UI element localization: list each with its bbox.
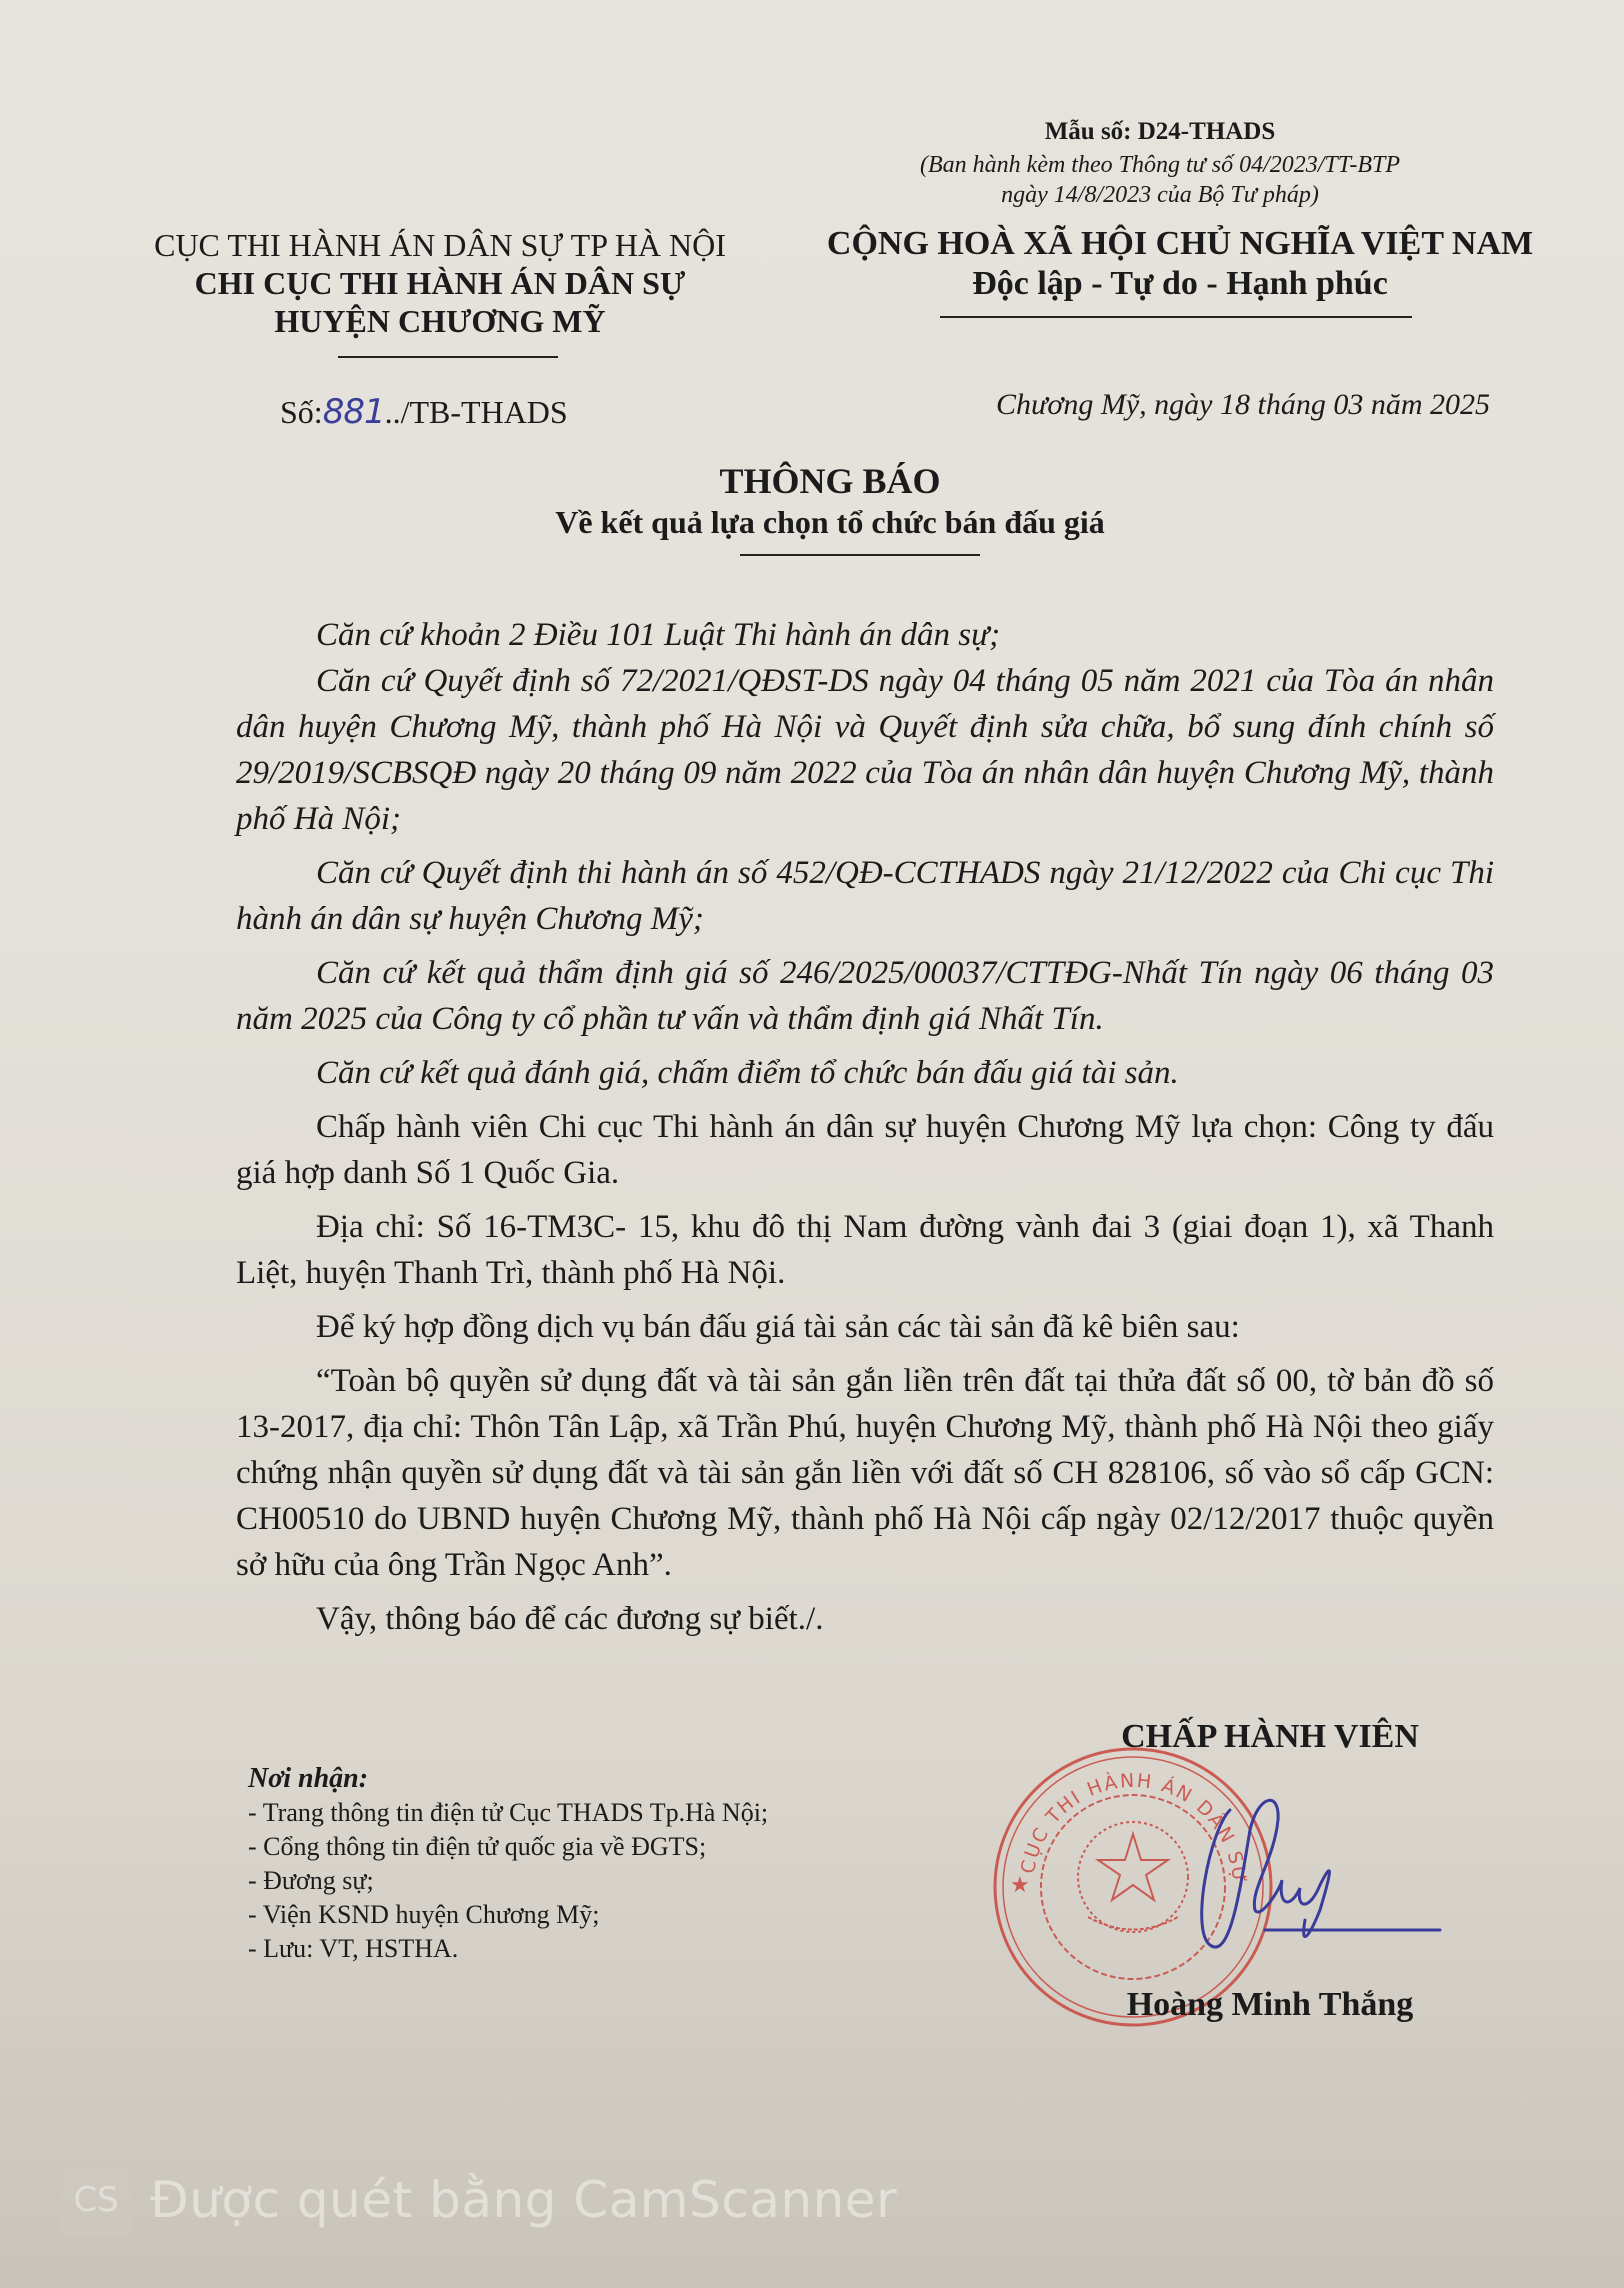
form-code: Mẫu số: D24-THADS [880,118,1440,146]
recipient-item: - Viện KSND huyện Chương Mỹ; [248,1898,948,1932]
body-paragraph: Chấp hành viên Chi cục Thi hành án dân s… [236,1104,1494,1196]
recipient-item: - Trang thông tin điện tử Cục THADS Tp.H… [248,1796,948,1830]
recipients-block: Nơi nhận: - Trang thông tin điện tử Cục … [248,1762,948,1966]
svg-text:★: ★ [1010,1872,1030,1897]
document-title: THÔNG BÁO [330,460,1330,502]
national-header: CỘNG HOÀ XÃ HỘI CHỦ NGHĨA VIỆT NAM Độc l… [790,224,1570,304]
subtitle-underline [740,554,980,556]
body-paragraph: Căn cứ kết quả đánh giá, chấm điểm tổ ch… [236,1050,1494,1096]
document-number-suffix: ../TB-THADS [385,394,568,430]
document-body: Căn cứ khoản 2 Điều 101 Luật Thi hành án… [236,612,1494,1642]
body-paragraph: Căn cứ Quyết định thi hành án số 452/QĐ-… [236,850,1494,942]
issuing-agency: CỤC THI HÀNH ÁN DÂN SỰ TP HÀ NỘI CHI CỤC… [100,226,780,340]
signer-title: CHẤP HÀNH VIÊN [1060,1718,1480,1756]
nation-motto: Độc lập - Tự do - Hạnh phúc [790,264,1570,304]
form-note-line-1: (Ban hành kèm theo Thông tư số 04/2023/T… [860,150,1460,180]
recipients-list: - Trang thông tin điện tử Cục THADS Tp.H… [248,1796,948,1966]
agency-name-line-2: HUYỆN CHƯƠNG MỸ [100,302,780,340]
motto-underline [940,316,1412,318]
nation-name: CỘNG HOÀ XÃ HỘI CHỦ NGHĨA VIỆT NAM [790,224,1570,264]
recipients-heading: Nơi nhận: [248,1762,948,1796]
body-paragraph: Địa chỉ: Số 16-TM3C- 15, khu đô thị Nam … [236,1204,1494,1296]
scanner-watermark: CS Được quét bằng CamScanner [60,2160,897,2240]
body-paragraph: Vậy, thông báo để các đương sự biết./. [236,1596,1494,1642]
document-subtitle: Về kết quả lựa chọn tổ chức bán đấu giá [330,504,1330,541]
handwritten-signature-icon [1170,1770,1460,1970]
body-paragraph: Căn cứ khoản 2 Điều 101 Luật Thi hành án… [236,612,1494,658]
recipient-item: - Đương sự; [248,1864,948,1898]
signer-name: Hoàng Minh Thắng [1060,1986,1480,2024]
form-legal-note: (Ban hành kèm theo Thông tư số 04/2023/T… [860,150,1460,210]
recipient-item: - Lưu: VT, HSTHA. [248,1932,948,1966]
body-paragraph: Căn cứ kết quả thẩm định giá số 246/2025… [236,950,1494,1042]
parent-agency: CỤC THI HÀNH ÁN DÂN SỰ TP HÀ NỘI [100,226,780,264]
camscanner-logo-icon: CS [60,2164,132,2236]
body-paragraph: “Toàn bộ quyền sử dụng đất và tài sản gắ… [236,1358,1494,1588]
document-number: Số:881../TB-THADS [280,392,568,432]
agency-name-line-1: CHI CỤC THI HÀNH ÁN DÂN SỰ [100,264,780,302]
body-paragraph: Căn cứ Quyết định số 72/2021/QĐST-DS ngà… [236,658,1494,842]
place-date: Chương Mỹ, ngày 18 tháng 03 năm 2025 [900,388,1490,422]
handwritten-number: 881 [323,392,385,432]
form-note-line-2: ngày 14/8/2023 của Bộ Tư pháp) [860,180,1460,210]
agency-underline [338,356,558,358]
document-number-prefix: Số: [280,394,323,430]
watermark-text: Được quét bằng CamScanner [150,2171,897,2229]
body-paragraph: Để ký hợp đồng dịch vụ bán đấu giá tài s… [236,1304,1494,1350]
recipient-item: - Cổng thông tin điện tử quốc gia về ĐGT… [248,1830,948,1864]
